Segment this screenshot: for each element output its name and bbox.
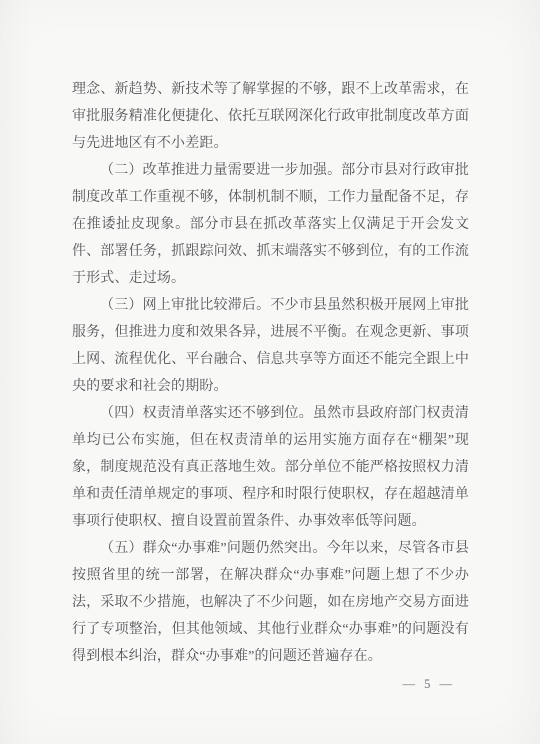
body-text-paragraph-item-5: （五）群众“办事难”问题仍然突出。今年以来，尽管各市县按照省里的统一部署，在解决… xyxy=(72,535,469,670)
scanned-document-page: 理念、新趋势、新技术等了解掌握的不够，跟不上改革需求，在审批服务精准化便捷化、依… xyxy=(0,0,540,744)
body-text-paragraph-item-2: （二）改革推进力量需要进一步加强。部分市县对行政审批制度改革工作重视不够，体制机… xyxy=(72,157,469,292)
document-body: 理念、新趋势、新技术等了解掌握的不够，跟不上改革需求，在审批服务精准化便捷化、依… xyxy=(72,76,469,697)
body-text-paragraph-item-4: （四）权责清单落实还不够到位。虽然市县政府部门权责清单均已公布实施，但在权责清单… xyxy=(72,400,469,535)
body-text-paragraph-item-3: （三）网上审批比较滞后。不少市县虽然积极开展网上审批服务，但推进力度和效果各异，… xyxy=(72,292,469,400)
body-text-paragraph: 理念、新趋势、新技术等了解掌握的不够，跟不上改革需求，在审批服务精准化便捷化、依… xyxy=(72,76,469,157)
page-number: — 5 — xyxy=(72,671,469,697)
